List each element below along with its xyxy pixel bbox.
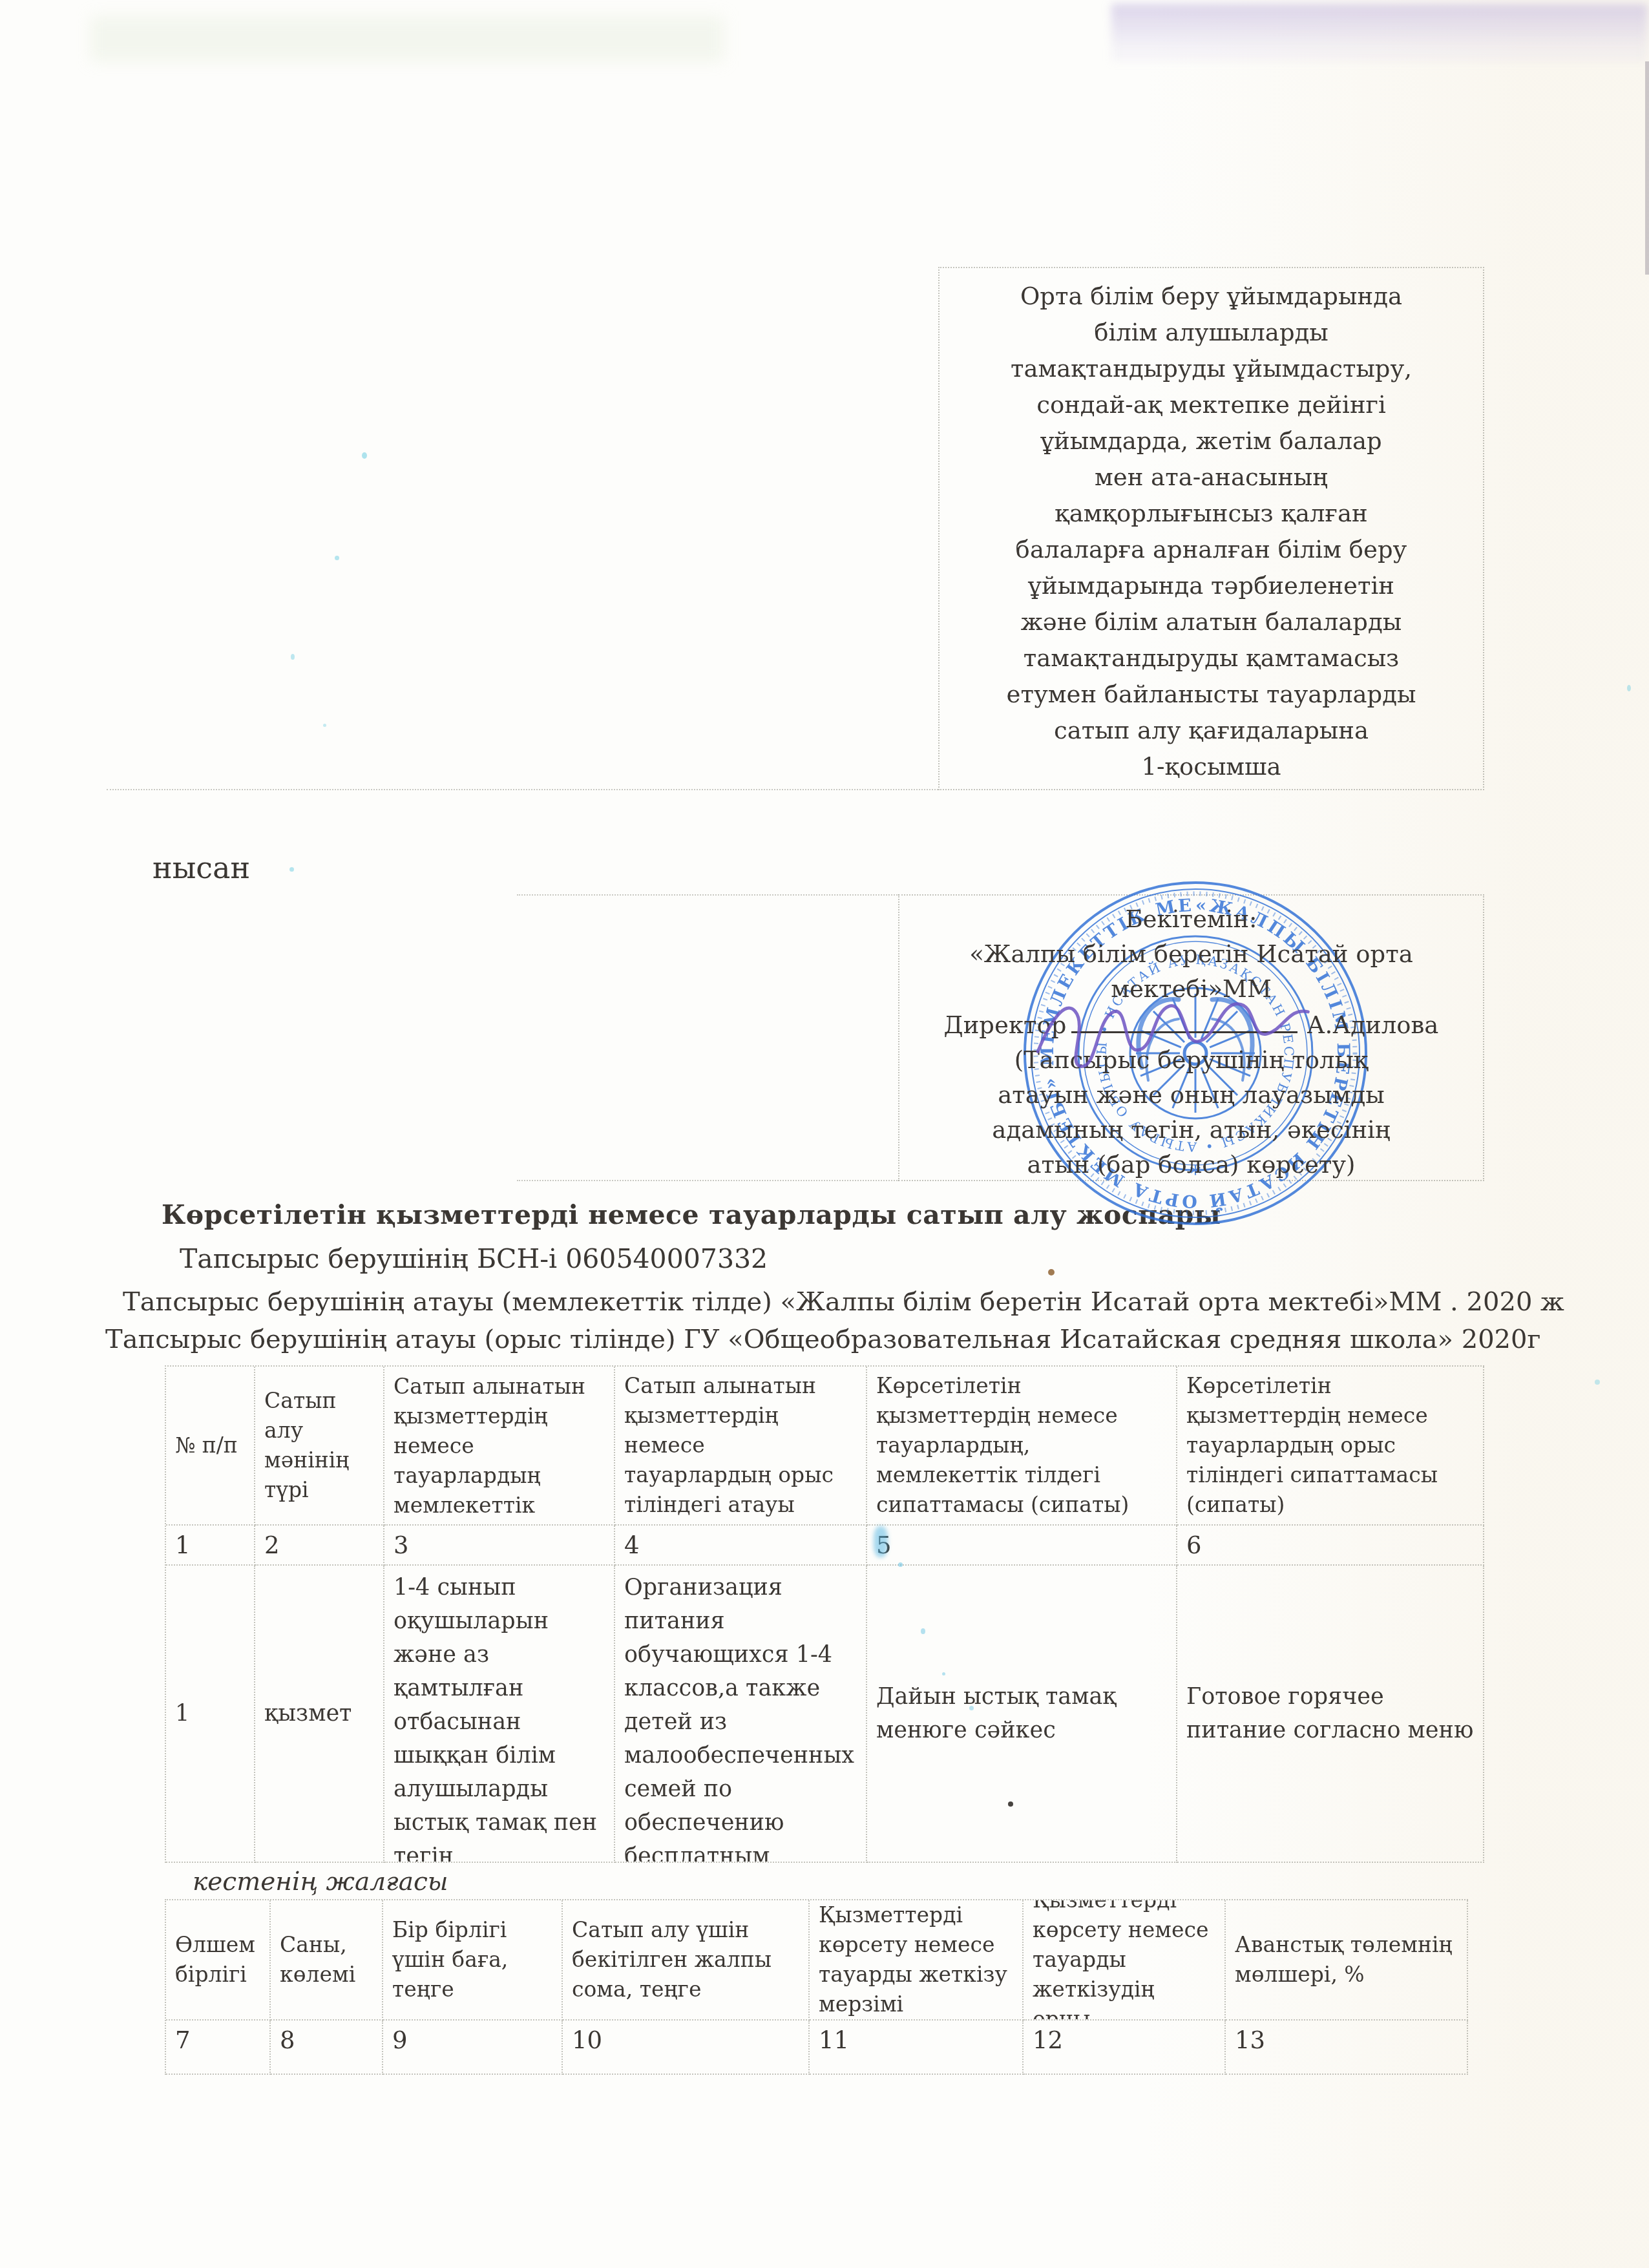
table-header-cell: Қызметтерді көрсету немесе тауарды жеткі…: [1024, 1900, 1226, 2021]
table-header-cell: Сатып алу мәнінің түрі: [255, 1367, 384, 1526]
appendix-line: ұйымдарында тәрбиеленетін: [940, 568, 1483, 604]
table-header-cell: Аванстық төлемнің мөлшері, %: [1226, 1900, 1468, 2021]
table-header-cell: Сатып алу үшін бекітілген жалпы сома, те…: [563, 1900, 810, 2021]
appendix-line: және білім алатын балаларды: [940, 604, 1483, 640]
scan-artifact: [90, 16, 724, 61]
scan-artifact: [1111, 4, 1648, 61]
appendix-note: Орта білім беру ұйымдарында білім алушыл…: [940, 268, 1483, 785]
table-continuation-label: кестенің жалғасы: [193, 1867, 448, 1896]
column-number-cell: 6: [1177, 1526, 1484, 1566]
column-number-cell: 1: [166, 1526, 255, 1566]
approval-approve-line: Бекітемін:: [899, 902, 1483, 937]
column-number-cell: 8: [271, 2021, 383, 2075]
procurement-table-part2: Өлшем бірлігі Саны, көлемі Бір бірлігі ү…: [165, 1899, 1468, 2075]
column-number-cell: 10: [563, 2021, 810, 2075]
ink-speck: [289, 867, 294, 872]
director-name: А.Адилова: [1307, 1011, 1438, 1039]
ruled-line: [107, 789, 938, 790]
ink-speck: [1627, 685, 1631, 691]
table-data-cell: 1: [166, 1566, 255, 1863]
table-header-cell: Өлшем бірлігі: [166, 1900, 271, 2021]
ink-speck: [335, 556, 339, 560]
table-data-cell: Организация питания обучающихся 1-4 клас…: [615, 1566, 867, 1863]
table-header-cell: Қызметтерді көрсету немесе тауарды жеткі…: [810, 1900, 1024, 2021]
form-label: нысан: [152, 850, 250, 885]
table-data-cell: 1-4 сынып оқушыларын және аз қамтылған о…: [384, 1566, 615, 1863]
appendix-line: Орта білім беру ұйымдарында: [940, 278, 1483, 315]
table-header-cell: Көрсетілетін қызметтердің немесе тауарла…: [1177, 1367, 1484, 1526]
appendix-line: қамқорлығынсыз қалған: [940, 496, 1483, 532]
appendix-line: етумен байланысты тауарларды: [940, 677, 1483, 713]
ink-speck: [362, 452, 367, 459]
appendix-line: сондай-ақ мектепке дейінгі: [940, 387, 1483, 423]
appendix-line: балаларға арналған білім беру: [940, 532, 1483, 568]
appendix-line: тамақтандыруды ұйымдастыру,: [940, 351, 1483, 387]
column-number-cell: 3: [384, 1526, 615, 1566]
ink-speck: [1048, 1269, 1055, 1276]
table-header-cell: Сатып алынатын қызметтердің немесе тауар…: [615, 1367, 867, 1526]
table-data-cell: Готовое горячее питание согласно меню: [1177, 1566, 1484, 1863]
customer-bin-line: Тапсырыс берушінің БСН-і 060540007332: [180, 1243, 768, 1274]
customer-name-kk-line: Тапсырыс берушінің атауы (мемлекеттік ті…: [123, 1287, 1564, 1317]
procurement-table-part1: № п/п Сатып алу мәнінің түрі Сатып алына…: [165, 1365, 1484, 1863]
column-number-cell: 5: [867, 1526, 1177, 1566]
column-number-cell: 11: [810, 2021, 1024, 2075]
appendix-line: ұйымдарда, жетім балалар: [940, 423, 1483, 459]
scanned-procurement-plan-page: Орта білім беру ұйымдарында білім алушыл…: [0, 0, 1649, 2268]
approval-org-line: «Жалпы білім беретін Исатай орта: [899, 937, 1483, 972]
table-data-cell: қызмет: [255, 1566, 384, 1863]
appendix-line: тамақтандыруды қамтамасыз: [940, 640, 1483, 677]
approval-note-line: адамының тегін, атын, әкесінің: [899, 1113, 1483, 1148]
approval-note-line: атын (бар болса) көрсету): [899, 1148, 1483, 1182]
table-header-cell: № п/п: [166, 1367, 255, 1526]
ink-speck: [291, 654, 295, 660]
ink-speck: [1595, 1380, 1600, 1385]
column-number-cell: 9: [383, 2021, 563, 2075]
column-number-cell: 2: [255, 1526, 384, 1566]
handwritten-signature: [1029, 967, 1323, 1087]
ruled-line: [517, 1180, 899, 1181]
column-number-cell: 7: [166, 2021, 271, 2075]
ink-speck: [323, 724, 326, 727]
appendix-note-box: Орта білім беру ұйымдарында білім алушыл…: [938, 267, 1484, 790]
table-header-cell: Саны, көлемі: [271, 1900, 383, 2021]
scan-artifact: [1645, 61, 1649, 275]
appendix-line: мен ата-анасының: [940, 459, 1483, 496]
appendix-line: 1-қосымша: [940, 749, 1483, 785]
ruled-line: [517, 894, 899, 896]
column-number-cell: 13: [1226, 2021, 1468, 2075]
approval-note-line: атауын және оның лауазымды: [899, 1078, 1483, 1113]
column-number-cell: 4: [615, 1526, 867, 1566]
appendix-line: білім алушыларды: [940, 315, 1483, 351]
table-header-cell: Бір бірлігі үшін баға, теңге: [383, 1900, 563, 2021]
column-number-cell: 12: [1024, 2021, 1226, 2075]
table-header-cell: Көрсетілетін қызметтердің немесе тауарла…: [867, 1367, 1177, 1526]
table-data-cell: Дайын ыстық тамақ менюге сәйкес: [867, 1566, 1177, 1863]
customer-name-ru-line: Тапсырыс берушінің атауы (орыс тілінде) …: [105, 1325, 1540, 1354]
table-header-cell: Сатып алынатын қызметтердің немесе тауар…: [384, 1367, 615, 1526]
appendix-line: сатып алу қағидаларына: [940, 713, 1483, 749]
